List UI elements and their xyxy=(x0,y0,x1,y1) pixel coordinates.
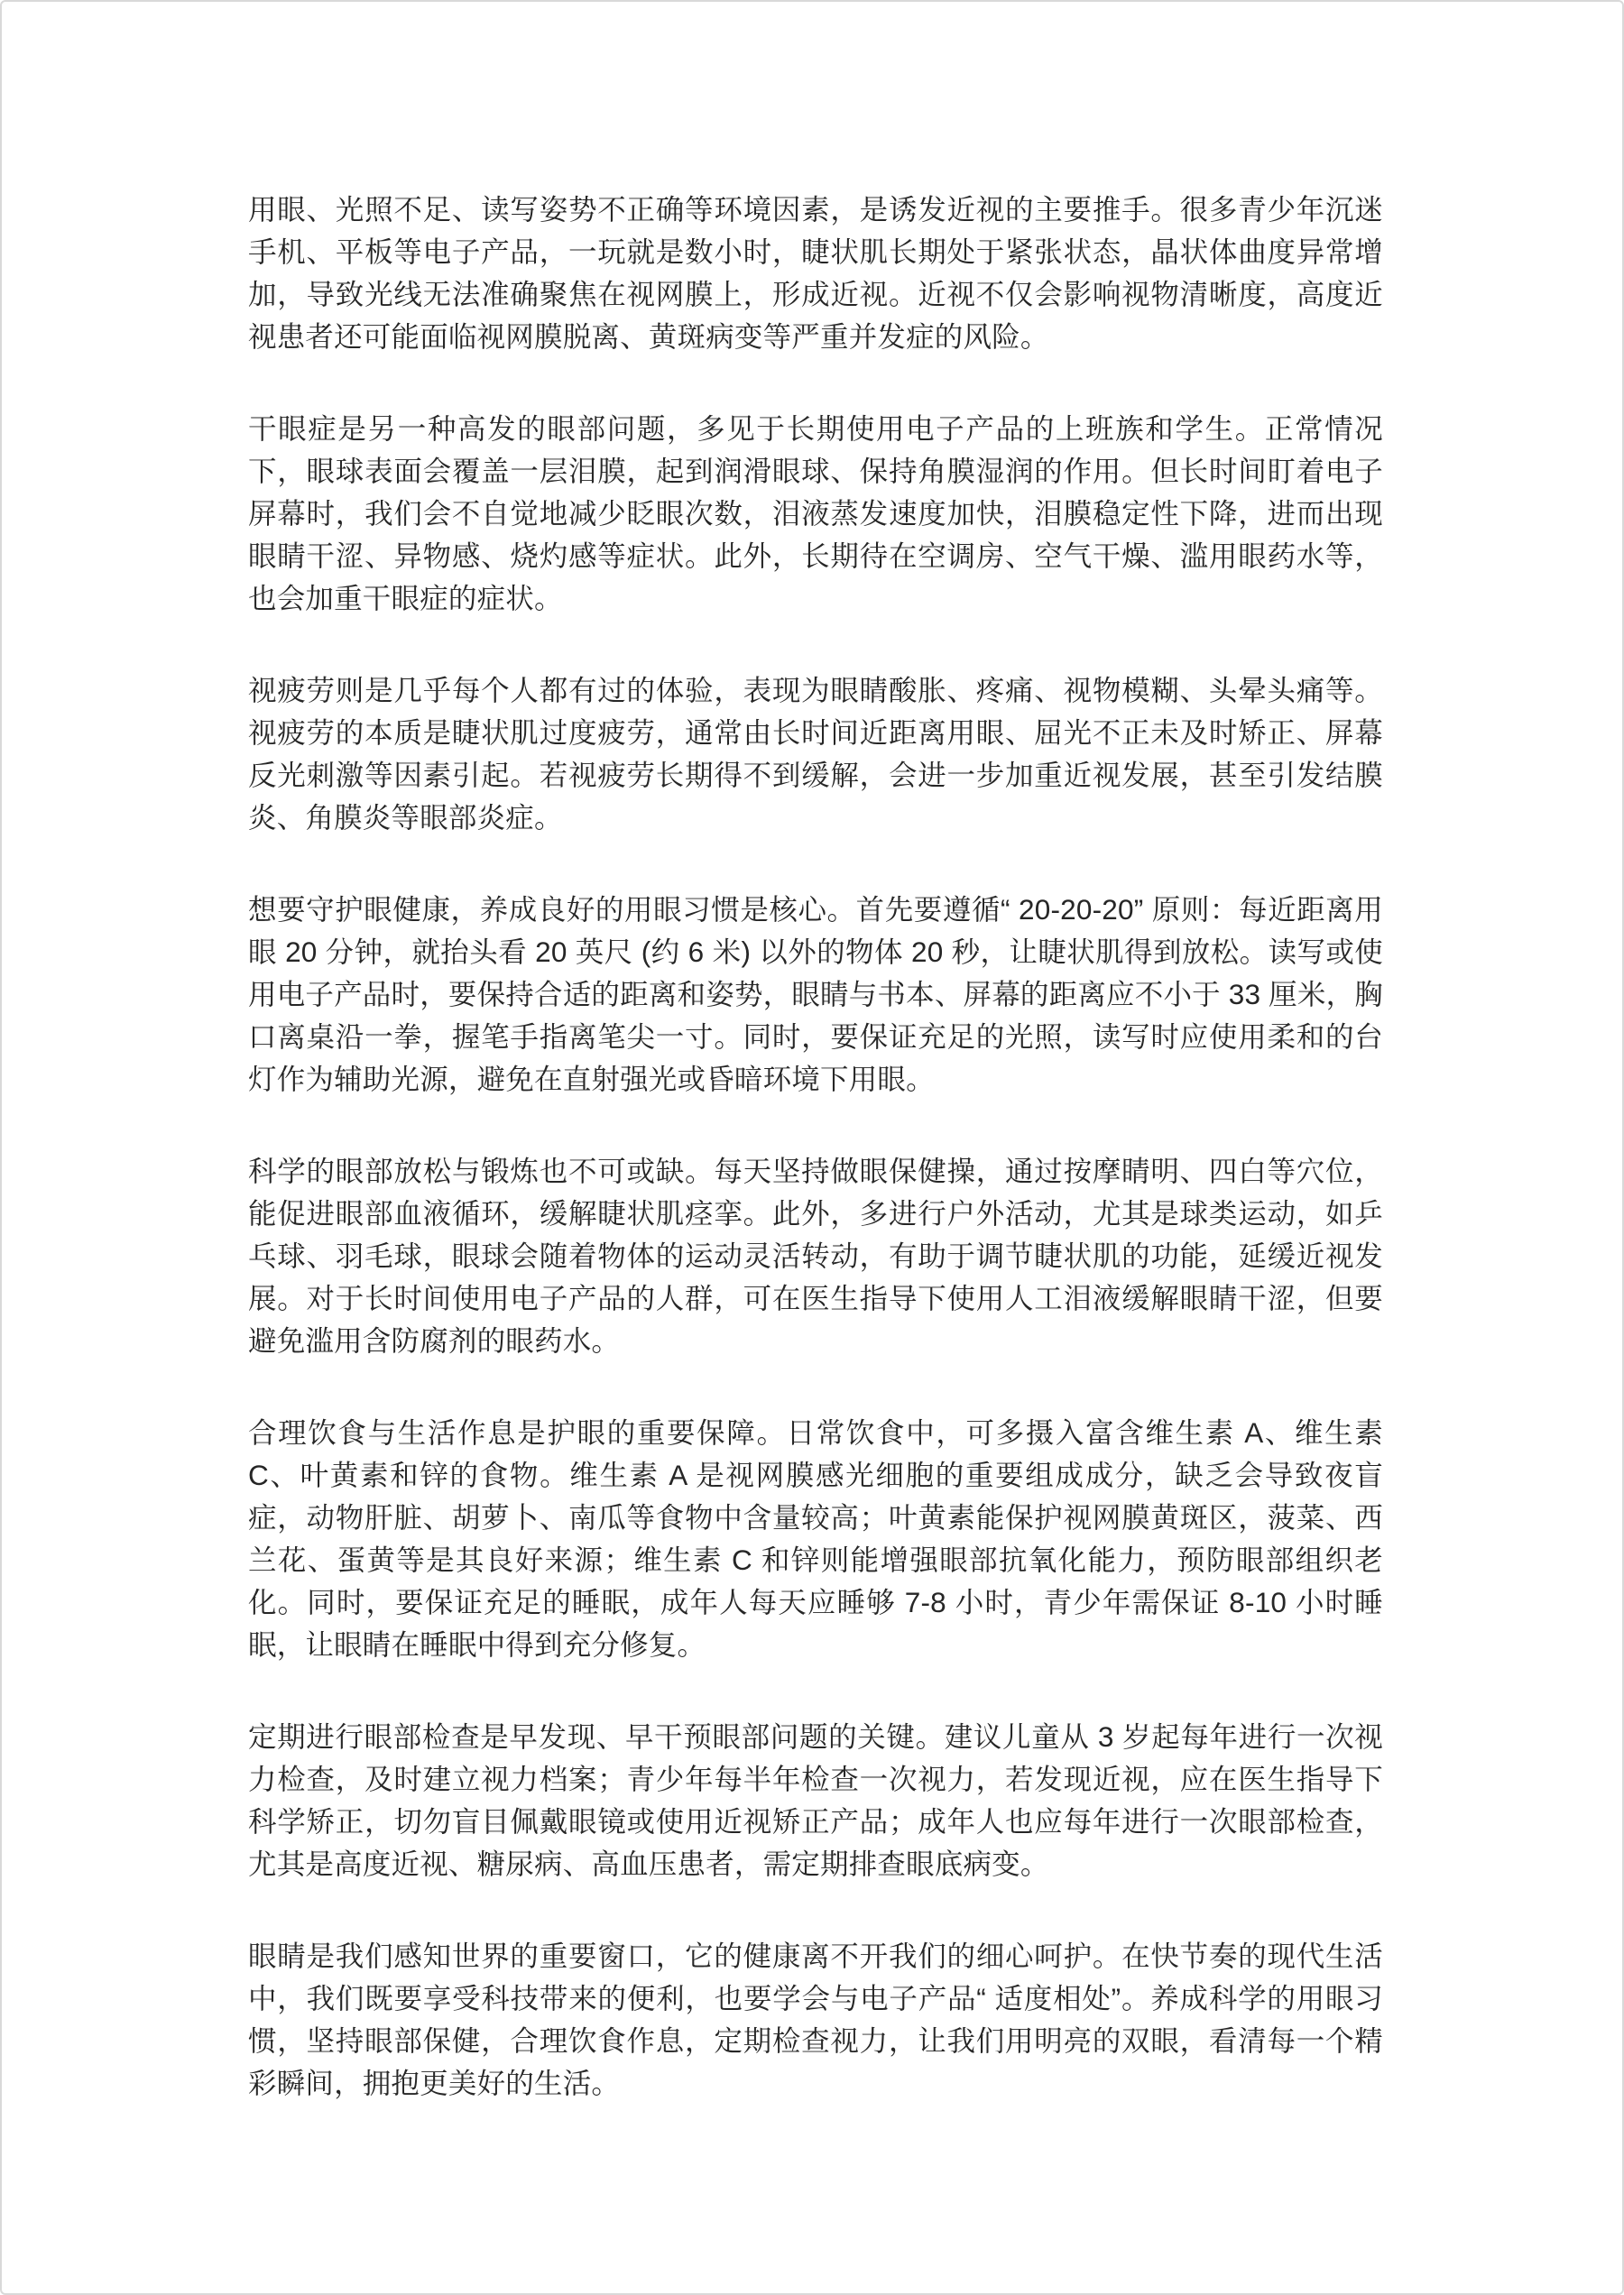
document-page: 用眼、光照不足、读写姿势不正确等环境因素，是诱发近视的主要推手。很多青少年沉迷手… xyxy=(0,0,1624,2295)
paragraph-eye-strain: 视疲劳则是几乎每个人都有过的体验，表现为眼睛酸胀、疼痛、视物模糊、头晕头痛等。视… xyxy=(248,669,1383,839)
paragraph-dry-eye: 干眼症是另一种高发的眼部问题，多见于长期使用电子产品的上班族和学生。正常情况下，… xyxy=(248,408,1383,620)
article-body: 用眼、光照不足、读写姿势不正确等环境因素，是诱发近视的主要推手。很多青少年沉迷手… xyxy=(248,189,1383,2105)
paragraph-eye-habits: 想要守护眼健康，养成良好的用眼习惯是核心。首先要遵循“ 20-20-20” 原则… xyxy=(248,889,1383,1101)
paragraph-diet-sleep: 合理饮食与生活作息是护眼的重要保障。日常饮食中，可多摄入富含维生素 A、维生素 … xyxy=(248,1412,1383,1666)
paragraph-conclusion: 眼睛是我们感知世界的重要窗口，它的健康离不开我们的细心呵护。在快节奏的现代生活中… xyxy=(248,1935,1383,2105)
paragraph-eye-exercise: 科学的眼部放松与锻炼也不可或缺。每天坚持做眼保健操，通过按摩睛明、四白等穴位，能… xyxy=(248,1150,1383,1362)
paragraph-regular-checkup: 定期进行眼部检查是早发现、早干预眼部问题的关键。建议儿童从 3 岁起每年进行一次… xyxy=(248,1716,1383,1885)
paragraph-myopia-causes: 用眼、光照不足、读写姿势不正确等环境因素，是诱发近视的主要推手。很多青少年沉迷手… xyxy=(248,189,1383,358)
